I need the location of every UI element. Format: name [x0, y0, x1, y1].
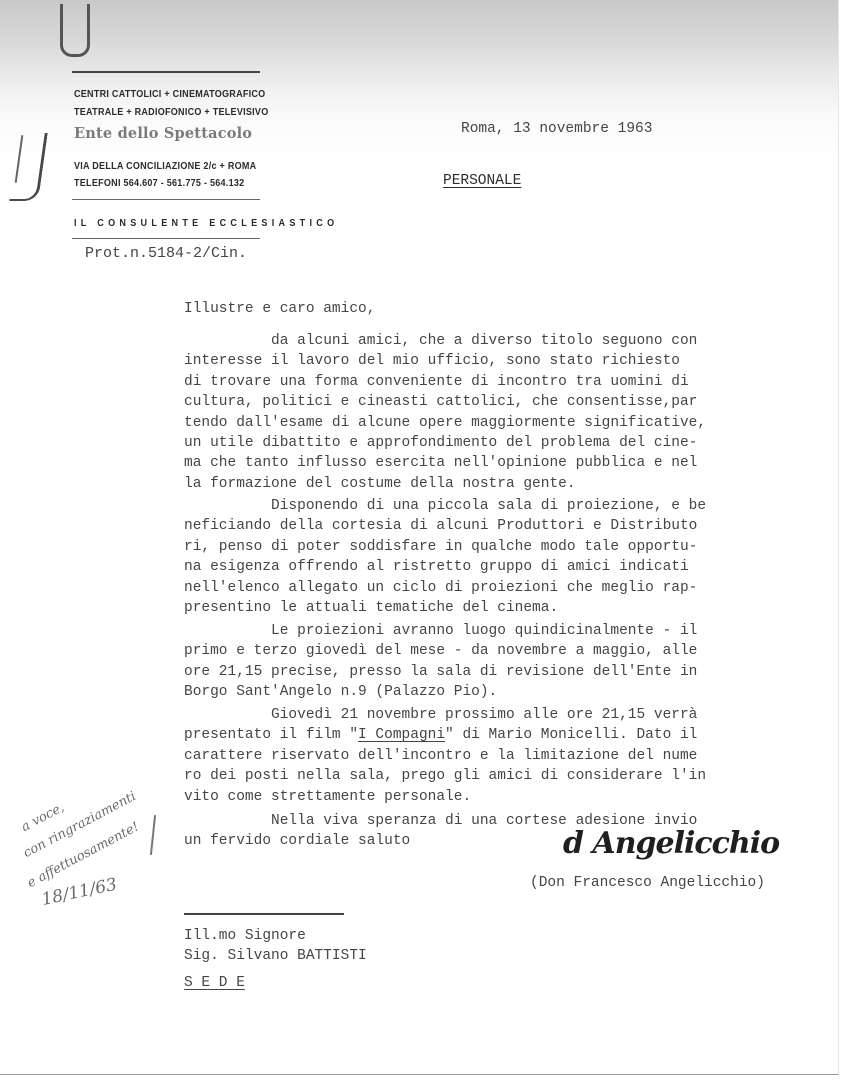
letter-page: CENTRI CATTOLICI + CINEMATOGRAFICO TEATR… — [0, 0, 839, 1075]
protocol-number: Prot.n.5184-2/Cin. — [85, 244, 247, 264]
paragraph-1: da alcuni amici, che a diverso titolo se… — [184, 331, 706, 494]
paragraph-2: Disponendo di una piccola sala di proiez… — [184, 496, 706, 618]
handwritten-signature: d Angelicchio — [563, 826, 779, 861]
organization-name: Ente dello Spettacolo — [74, 125, 252, 142]
place-date: Roma, 13 novembre 1963 — [461, 119, 652, 139]
paragraph-4: Giovedì 21 novembre prossimo alle ore 21… — [184, 705, 706, 807]
paperclip-icon — [60, 4, 90, 57]
typed-signatory: (Don Francesco Angelicchio) — [530, 873, 765, 893]
letterhead-rule-mid — [72, 199, 260, 200]
recipient-line1: Ill.mo Signore — [184, 926, 306, 946]
office-title: IL CONSULENTE ECCLESIASTICO — [74, 217, 338, 229]
staple-mark-icon — [9, 133, 48, 201]
letterhead-line2: TEATRALE + RADIOFONICO + TELEVISIVO — [74, 106, 269, 118]
margin-note-stroke — [150, 815, 156, 855]
salutation: Illustre e caro amico, — [184, 299, 375, 319]
letterhead-rule-bottom — [72, 238, 260, 239]
paragraph-3: Le proiezioni avranno luogo quindicinalm… — [184, 621, 697, 703]
recipient-line2: Sig. Silvano BATTISTI — [184, 946, 367, 966]
recipient-rule — [184, 913, 344, 915]
film-title: I Compagni — [358, 727, 445, 743]
letterhead-line1: CENTRI CATTOLICI + CINEMATOGRAFICO — [74, 88, 265, 100]
classification-label: PERSONALE — [443, 171, 521, 191]
letterhead-phones: TELEFONI 564.607 - 561.775 - 564.132 — [74, 177, 244, 189]
letterhead-address: VIA DELLA CONCILIAZIONE 2/c + ROMA — [74, 160, 256, 172]
letterhead-rule-top — [72, 71, 260, 73]
recipient-line3: S E D E — [184, 973, 245, 993]
